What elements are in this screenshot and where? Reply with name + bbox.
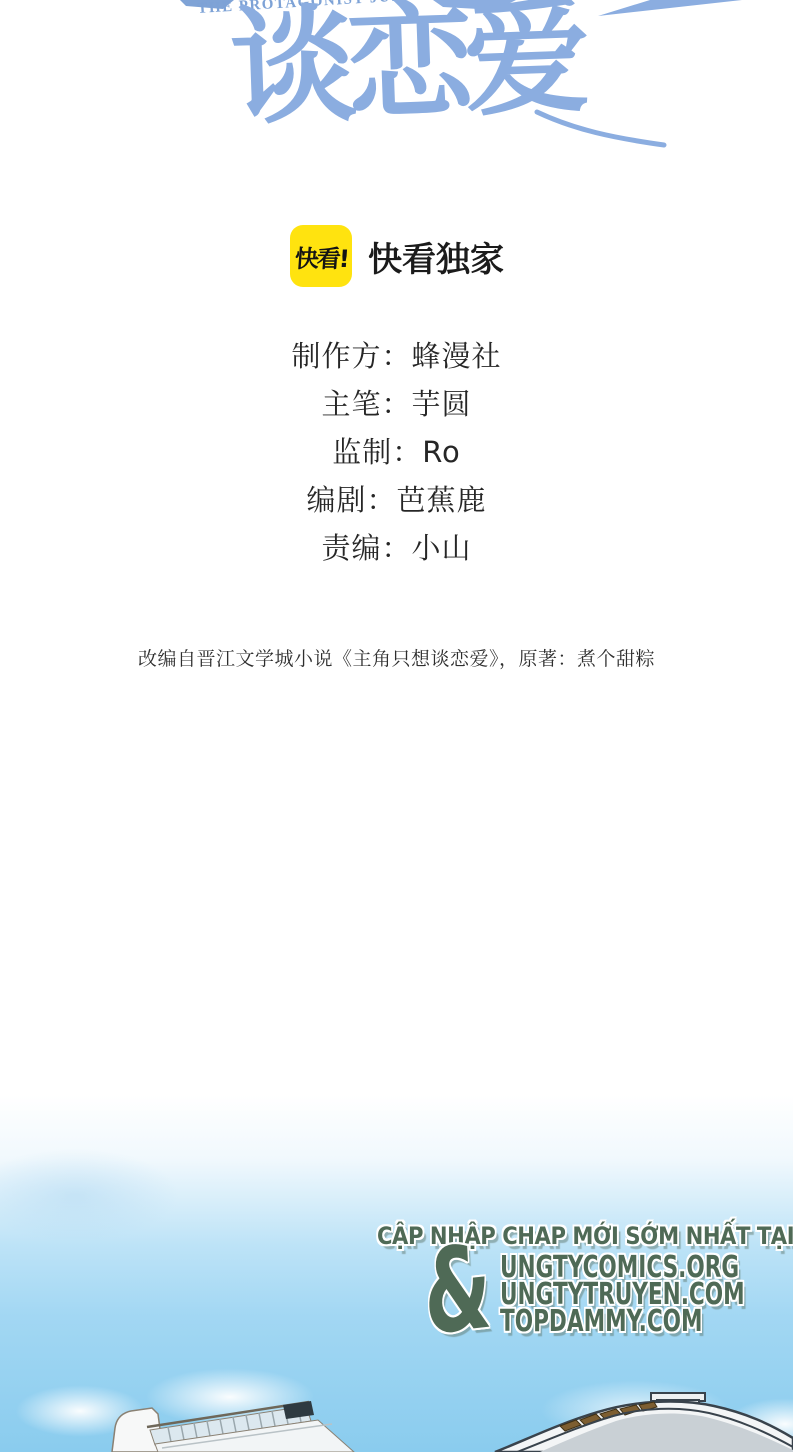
credits-block: 制作方：蜂漫社 主笔：芋圆 监制：Ro 编剧：芭蕉鹿 责编：小山 — [0, 332, 793, 572]
building-left — [112, 1401, 354, 1452]
credit-line-editor: 责编：小山 — [0, 524, 793, 572]
ampersand-glyph: & — [422, 1244, 493, 1337]
site-list: UNGTYCOMICS.ORG UNGTYTRUYEN.COM TOPDAMMY… — [500, 1254, 793, 1335]
promo-sites-block: & UNGTYCOMICS.ORG UNGTYTRUYEN.COM TOPDAM… — [405, 1248, 793, 1335]
kuaikan-logo-text: 快看! — [293, 239, 348, 274]
credit-line-supervisor: 监制：Ro — [0, 428, 793, 476]
publisher-row: 快看! 快看独家 — [290, 225, 504, 287]
site-url: TOPDAMMY.COM — [500, 1308, 745, 1335]
buildings-illustration — [0, 1380, 793, 1452]
credit-line-writer: 编剧：芭蕉鹿 — [0, 476, 793, 524]
title-swash-stroke — [0, 0, 793, 170]
source-note: 改编自晋江文学城小说《主角只想谈恋爱》，原著：煮个甜粽 — [0, 644, 793, 671]
building-right — [495, 1393, 793, 1452]
kuaikan-logo-icon: 快看! — [290, 225, 352, 287]
credit-line-artist: 主笔：芋圆 — [0, 380, 793, 428]
credit-line-producer: 制作方：蜂漫社 — [0, 332, 793, 380]
comic-credits-page: THE PROTAGONIST JUST WA 谈恋爱 快看! 快看独家 制作方… — [0, 0, 793, 1452]
publisher-label: 快看独家 — [368, 232, 504, 281]
